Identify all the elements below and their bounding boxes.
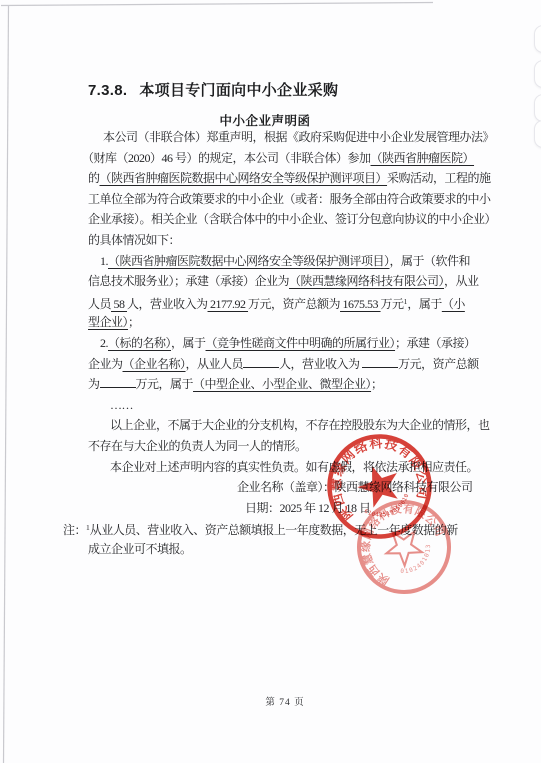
text-segment: ； [128, 315, 140, 329]
text-segment: ，属于 [407, 297, 442, 311]
text-segment: 成立企业可不填报。 [88, 542, 192, 556]
text-segment: 企业承接）。相关企业（含联合体中的中小企业、签订分包意向协议的中小企业） [88, 212, 496, 226]
text-segment: 人，营业收入为 [127, 297, 208, 311]
text-segment: 1675.53 [340, 297, 381, 311]
text-segment: 的具体情况如下： [88, 233, 180, 247]
text-segment: （陕西省肿瘤医院） [371, 151, 475, 165]
text-segment: 1. [100, 254, 108, 268]
text-segment: ，从业 [444, 274, 479, 288]
text-segment: ； [371, 377, 383, 391]
body-line: 的（陕西省肿瘤医院数据中心网络安全等级保护测评项目）采购活动，工程的施 [88, 168, 498, 189]
text-segment: （陕西慧缘网络科技有限公司） [289, 274, 444, 288]
text-segment: 本企业对上述声明内容的真实性负责。如有虚假，将依法承担相应责任。 [110, 460, 478, 474]
side-toolbar-button-1[interactable] [534, 25, 541, 53]
body-line: 工单位全部为符合政策要求的中小企业（或者：服务全部由符合政策要求的中小 [88, 189, 498, 210]
text-segment: 人，营业收入为 [279, 357, 362, 371]
body-line: 1.（陕西省肿瘤医院数据中心网络安全等级保护测评项目），属于（软件和 [100, 251, 498, 272]
text-segment: （竞争性磋商文件中明确的所属行业） [206, 336, 396, 350]
text-segment: 2177.92 [208, 297, 249, 311]
text-segment: 信息技术服务业）；承建（承接）企业为 [88, 274, 289, 288]
text-segment: 的 [88, 171, 100, 185]
text-segment: ，属于 [171, 336, 206, 350]
text-segment: 万元，资产总额 [398, 357, 479, 371]
section-heading: 7.3.8.本项目专门面向中小企业采购 [88, 79, 338, 100]
body-line: 企业名称（盖章）：陕西慧缘网络科技有限公司 [237, 477, 498, 498]
text-segment: 工单位全部为符合政策要求的中小企业（或者：服务全部由符合政策要求的中小 [88, 192, 491, 206]
text-segment: （陕西省肿瘤医院数据中心网络安全等级保护测评项目） [108, 254, 390, 268]
body-line: 的具体情况如下： [88, 230, 498, 251]
body-line: 2.（标的名称），属于（竞争性磋商文件中明确的所属行业）；承建（承接） [100, 333, 498, 354]
text-segment: 58 [111, 297, 127, 311]
body-text: 本公司（非联合体）郑重声明，根据《政府采购促进中小企业发展管理办法》（财库（20… [88, 127, 498, 559]
text-segment: 注： [63, 523, 86, 537]
side-toolbar-button-4[interactable] [534, 120, 541, 148]
body-line: 信息技术服务业）；承建（承接）企业为（陕西慧缘网络科技有限公司），从业 [88, 271, 498, 292]
blank-underline-field [243, 356, 279, 368]
blank-underline-field [100, 376, 136, 388]
text-segment: 型企业） [88, 315, 128, 329]
text-segment: （小 [442, 297, 465, 311]
body-line: 成立企业可不填报。 [88, 539, 498, 560]
text-segment: 企业名称（盖章）：陕西慧缘网络科技有限公司 [237, 480, 473, 494]
text-segment: 万元，资产总额为 [248, 297, 340, 311]
text-segment: 从业人员、营业收入、资产总额填报上一年度数据，无上一年度数据的新 [90, 523, 458, 537]
text-segment: （陕西省肿瘤医院数据中心网络安全等级保护测评项目） [100, 171, 388, 185]
side-toolbar-button-2[interactable] [534, 60, 541, 88]
body-line: 为万元，属于（中型企业、小型企业、微型企业）； [88, 374, 498, 395]
text-segment: 企业为 [88, 357, 123, 371]
text-segment: （标的名称） [108, 336, 171, 350]
text-segment: 以上企业，不属于大企业的分支机构，不存在控股股东为大企业的情形，也 [110, 418, 490, 432]
text-segment: 不存在与大企业的负责人为同一人的情形。 [88, 439, 307, 453]
blank-underline-field [362, 356, 398, 368]
side-toolbar-button-3[interactable] [534, 94, 541, 122]
text-segment: 采购活动，工程的施 [387, 171, 491, 185]
text-segment: 万元，属于 [136, 377, 194, 391]
text-segment: 日期：2025 年 12 月 18 日 [245, 501, 371, 515]
body-line: 型企业）； [88, 312, 498, 333]
text-segment: 人员 [88, 297, 111, 311]
section-number: 7.3.8. [88, 82, 127, 99]
section-title: 本项目专门面向中小企业采购 [139, 82, 338, 99]
body-line: （财库（2020）46 号）的规定，本公司（非联合体）参加（陕西省肿瘤医院） [82, 148, 498, 169]
text-segment: ；承建（承接） [395, 336, 476, 350]
text-segment: 2. [100, 336, 108, 350]
text-segment: （财库（2020）46 号）的规定，本公司（非联合体）参加 [82, 151, 371, 165]
body-line: 不存在与大企业的负责人为同一人的情形。 [88, 436, 498, 457]
body-line: 注：1从业人员、营业收入、资产总额填报上一年度数据，无上一年度数据的新 [63, 518, 498, 539]
body-line: …… [110, 395, 498, 416]
body-line: 人员 58 人，营业收入为 2177.92 万元，资产总额为 1675.53 万… [88, 292, 498, 313]
body-line: 本企业对上述声明内容的真实性负责。如有虚假，将依法承担相应责任。 [110, 457, 498, 478]
text-segment: ，属于（软件和 [390, 254, 471, 268]
body-line: 企业承接）。相关企业（含联合体中的中小企业、签订分包意向协议的中小企业） [88, 209, 498, 230]
text-segment: ，从业人员 [186, 357, 244, 371]
text-segment: （中型企业、小型企业、微型企业） [193, 377, 371, 391]
page-number: 第 74 页 [30, 694, 540, 708]
text-segment: 本公司（非联合体）郑重声明，根据《政府采购促进中小企业发展管理办法》 [103, 130, 494, 144]
body-line: 企业为（企业名称），从业人员人，营业收入为 万元，资产总额 [88, 354, 498, 375]
text-segment: 为 [88, 377, 100, 391]
text-segment: …… [110, 398, 133, 412]
body-line: 日期：2025 年 12 月 18 日 [245, 498, 498, 519]
text-segment: （企业名称） [123, 357, 186, 371]
body-line: 以上企业，不属于大企业的分支机构，不存在控股股东为大企业的情形，也 [110, 415, 498, 436]
text-segment: 万元 [381, 297, 404, 311]
body-line: 本公司（非联合体）郑重声明，根据《政府采购促进中小企业发展管理办法》 [103, 127, 498, 148]
